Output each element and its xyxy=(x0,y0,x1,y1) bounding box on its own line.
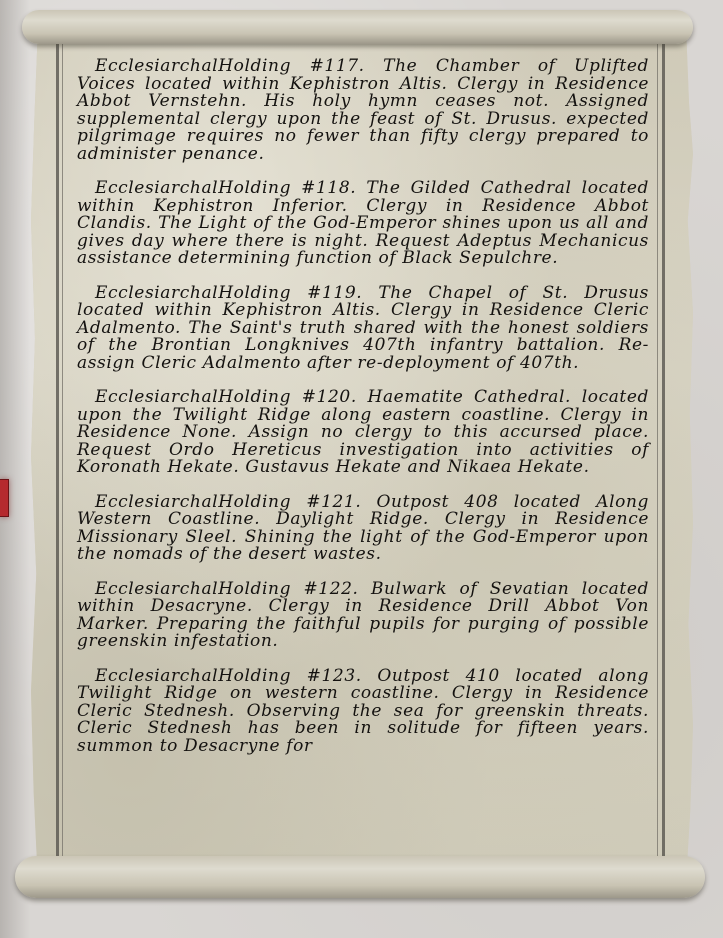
holding-entry-121: EcclesiarchalHolding #121. Outpost 408 l… xyxy=(77,494,649,564)
background-shade xyxy=(0,0,30,938)
holding-entry-119: EcclesiarchalHolding #119. The Chapel of… xyxy=(77,285,649,373)
holding-entry-123: EcclesiarchalHolding #123. Outpost 410 l… xyxy=(77,668,649,756)
holding-entry-122: EcclesiarchalHolding #122. Bulwark of Se… xyxy=(77,581,649,651)
right-margin-rule xyxy=(662,36,665,876)
holding-entry-117: EcclesiarchalHolding #117. The Chamber o… xyxy=(77,58,649,163)
holding-entry-120: EcclesiarchalHolding #120. Haematite Cat… xyxy=(77,389,649,477)
holding-entry-118: EcclesiarchalHolding #118. The Gilded Ca… xyxy=(77,180,649,268)
side-tab[interactable] xyxy=(0,479,9,517)
right-margin-rule-thin xyxy=(657,36,658,876)
scroll-top-roller xyxy=(22,10,693,44)
scroll-text[interactable]: EcclesiarchalHolding #117. The Chamber o… xyxy=(77,58,649,772)
left-margin-rule xyxy=(56,36,59,876)
left-margin-rule-thin xyxy=(62,36,63,876)
scroll-bottom-roller xyxy=(15,856,705,898)
